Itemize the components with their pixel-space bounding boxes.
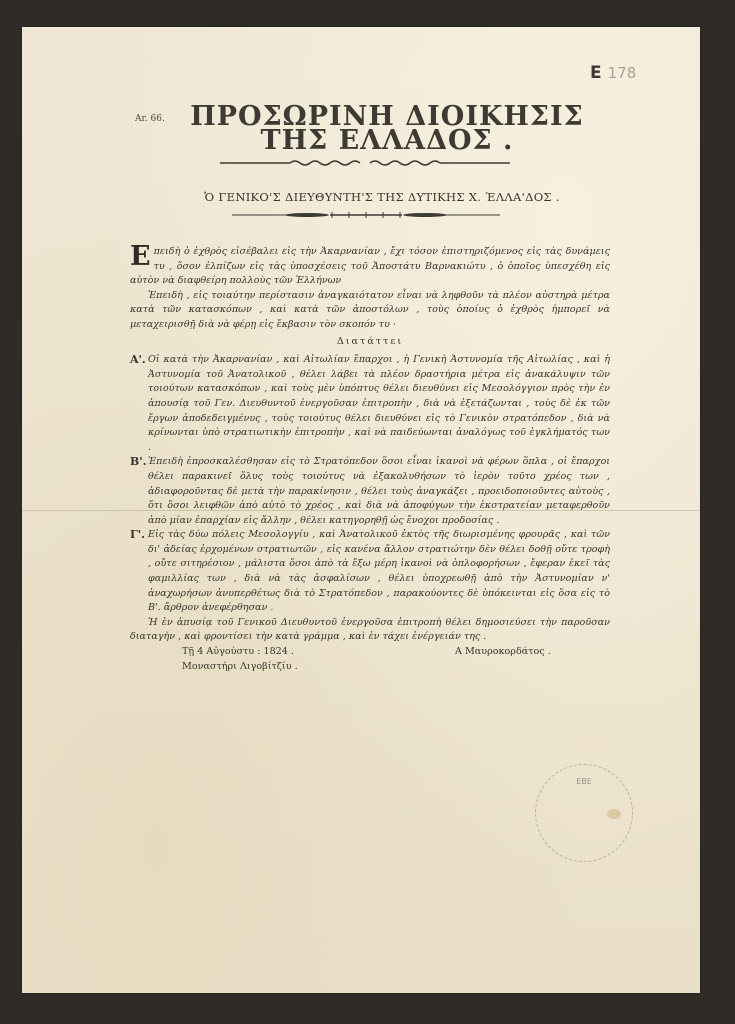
article-b: Β'. Ἐπειδὴ ἐπροσκαλέσθησαν εἰς τὸ Στρατό…: [130, 455, 610, 528]
preamble-paragraph-2: Ἐπειδὴ , εἰς τοιαύτην περίστασιν ἀναγκαι…: [130, 289, 610, 333]
subtitle: Ὁ ΓΕΝΙΚΟ'Σ ΔΙΕΥΘΥΝΤΗ'Σ ΤΗΣ ΔΥΤΙΚΗΣ Χ. ΈΛ…: [132, 190, 632, 204]
document-body: Επειδὴ ὁ ἐχθρὸς εἰσέβαλει εἰς τὴν Ἀκαρνα…: [130, 245, 610, 675]
page-title: ΠΡΟΣΩΡΙΝΗ ΔΙΟΙΚΗΣΙΣ ΤΗΣ ΕΛΛΑΔΟΣ .: [152, 105, 622, 153]
title-line-2: ΤΗΣ ΕΛΛΑΔΟΣ .: [152, 129, 622, 153]
article-text: Οἱ κατὰ τὴν Ἀκαρνανίαν , καὶ Αἰτωλίαν ἔπ…: [148, 354, 610, 453]
preamble-paragraph-1: Επειδὴ ὁ ἐχθρὸς εἰσέβαλει εἰς τὴν Ἀκαρνα…: [130, 245, 610, 289]
document-date: Τῇ 4 Αὐγούστυ : 1824 .: [182, 645, 294, 660]
document-page: E178 Ar. 66. ΠΡΟΣΩΡΙΝΗ ΔΙΟΙΚΗΣΙΣ ΤΗΣ ΕΛΛ…: [22, 27, 700, 993]
archive-letter: E: [590, 63, 602, 83]
signature-line: Τῇ 4 Αὐγούστυ : 1824 . Α Μαυροκορδάτος .: [130, 645, 610, 660]
article-text: Εἰς τὰς δύω πόλεις Μεσολογγίυ , καὶ Ἀνατ…: [148, 529, 610, 613]
article-label: Β'.: [130, 455, 147, 470]
article-a: Α'. Οἱ κατὰ τὴν Ἀκαρνανίαν , καὶ Αἰτωλία…: [130, 353, 610, 455]
stamp-text: ΕΒΕ: [536, 777, 632, 786]
article-label: Γ'.: [130, 528, 145, 543]
paper-stain: [607, 809, 621, 819]
ornament-divider-icon: [232, 211, 500, 219]
signatory-name: Α Μαυροκορδάτος .: [455, 645, 551, 660]
drop-cap: Ε: [130, 247, 151, 267]
decree-heading: Διατάττει: [130, 335, 610, 350]
archive-number: 178: [608, 64, 637, 82]
ornament-rule-icon: [220, 159, 510, 167]
closing-paragraph: Ἡ ἐν ἀπυσίᾳ τοῦ Γενικοῦ Διευθυντοῦ ἐνεργ…: [130, 616, 610, 645]
document-place: Μοναστήρι Λιγοβίτζίυ .: [130, 660, 610, 675]
article-c: Γ'. Εἰς τὰς δύω πόλεις Μεσολογγίυ , καὶ …: [130, 528, 610, 616]
article-text: Ἐπειδὴ ἐπροσκαλέσθησαν εἰς τὸ Στρατόπεδο…: [148, 456, 610, 525]
article-label: Α'.: [130, 353, 146, 368]
preamble-text-1: πειδὴ ὁ ἐχθρὸς εἰσέβαλει εἰς τὴν Ἀκαρναν…: [130, 246, 610, 286]
archive-mark: E178: [590, 63, 636, 83]
